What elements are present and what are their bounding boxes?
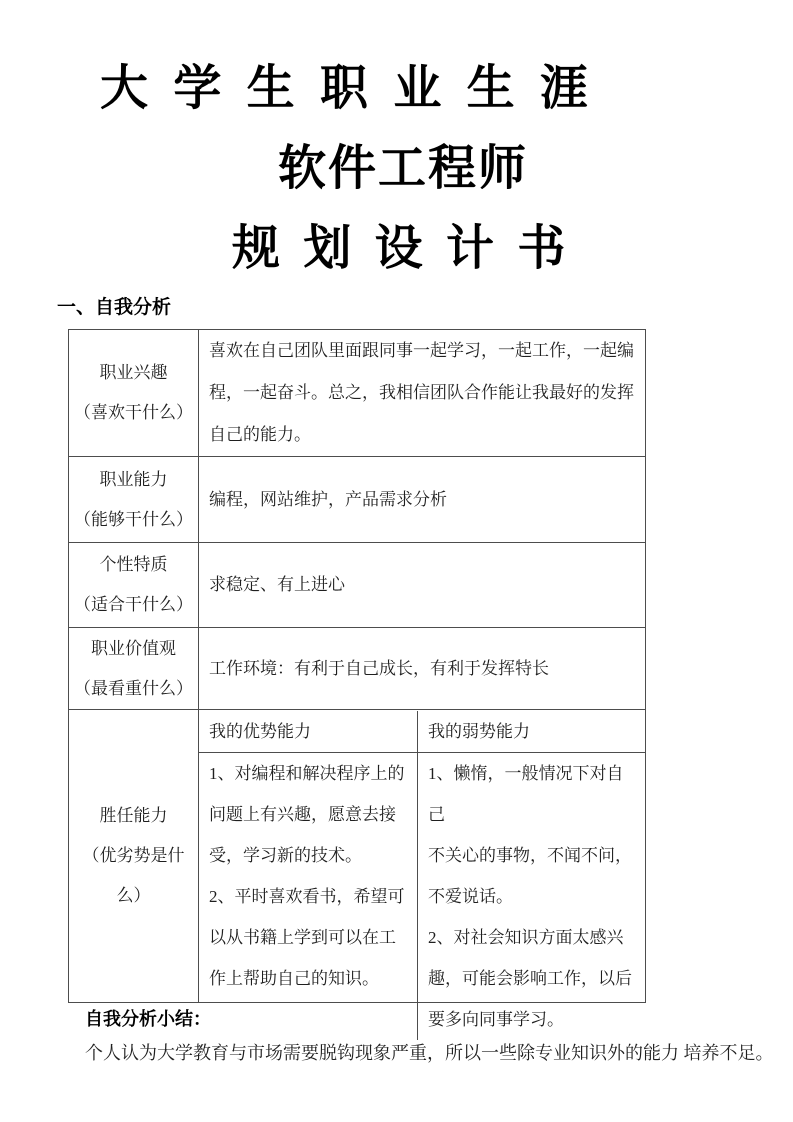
- table-row-competency: 胜任能力 （优劣势是什 么） 我的优势能力 我的弱势能力 1、对编程和解决程序上…: [69, 710, 646, 1003]
- self-analysis-table: 职业兴趣 （喜欢干什么） 喜欢在自己团队里面跟同事一起学习，一起工作，一起编 程…: [68, 329, 646, 1003]
- row-label-personality: 个性特质 （适合干什么）: [69, 543, 199, 628]
- row-content-career-interest: 喜欢在自己团队里面跟同事一起学习，一起工作，一起编 程，一起奋斗。总之，我相信团…: [199, 330, 646, 457]
- weakness-header: 我的弱势能力: [418, 711, 645, 753]
- document-title-line-3: 规 划 设 计 书: [232, 209, 793, 289]
- row-content-career-ability: 编程，网站维护，产品需求分析: [199, 457, 646, 543]
- strength-header: 我的优势能力: [199, 711, 418, 753]
- competency-subtable: 我的优势能力 我的弱势能力 1、对编程和解决程序上的 问题上有兴趣，愿意去接 受…: [199, 710, 646, 1003]
- document-page: 大 学 生 职 业 生 涯 软件工程师 规 划 设 计 书 一、自我分析 职业兴…: [0, 0, 793, 1122]
- summary-paragraph: 个人认为大学教育与市场需要脱钩现象严重，所以一些除专业知识外的能力 培养不足。: [85, 1042, 783, 1065]
- document-title-line-2: 软件工程师: [278, 129, 793, 209]
- row-label-career-interest: 职业兴趣 （喜欢干什么）: [69, 330, 199, 457]
- table-row-career-ability: 职业能力 （能够干什么） 编程，网站维护，产品需求分析: [69, 457, 646, 543]
- table-row-personality: 个性特质 （适合干什么） 求稳定、有上进心: [69, 543, 646, 628]
- strength-content: 1、对编程和解决程序上的 问题上有兴趣，愿意去接 受，学习新的技术。 2、平时喜…: [199, 753, 418, 1040]
- row-content-career-values: 工作环境：有利于自己成长，有利于发挥特长: [199, 628, 646, 710]
- row-content-personality: 求稳定、有上进心: [199, 543, 646, 628]
- weakness-content: 1、懒惰，一般情况下对自己 不关心的事物，不闻不问， 不爱说话。 2、对社会知识…: [418, 753, 645, 1040]
- table-row-career-interest: 职业兴趣 （喜欢干什么） 喜欢在自己团队里面跟同事一起学习，一起工作，一起编 程…: [69, 330, 646, 457]
- document-title-line-1: 大 学 生 职 业 生 涯: [100, 49, 793, 129]
- table-row-career-values: 职业价值观 （最看重什么） 工作环境：有利于自己成长，有利于发挥特长: [69, 628, 646, 710]
- competency-grid: 我的优势能力 我的弱势能力 1、对编程和解决程序上的 问题上有兴趣，愿意去接 受…: [199, 711, 645, 1002]
- row-label-career-ability: 职业能力 （能够干什么）: [69, 457, 199, 543]
- title-block: 大 学 生 职 业 生 涯 软件工程师 规 划 设 计 书: [0, 0, 793, 289]
- row-label-competency: 胜任能力 （优劣势是什 么）: [69, 710, 199, 1003]
- section-heading-self-analysis: 一、自我分析: [57, 297, 793, 319]
- row-label-career-values: 职业价值观 （最看重什么）: [69, 628, 199, 710]
